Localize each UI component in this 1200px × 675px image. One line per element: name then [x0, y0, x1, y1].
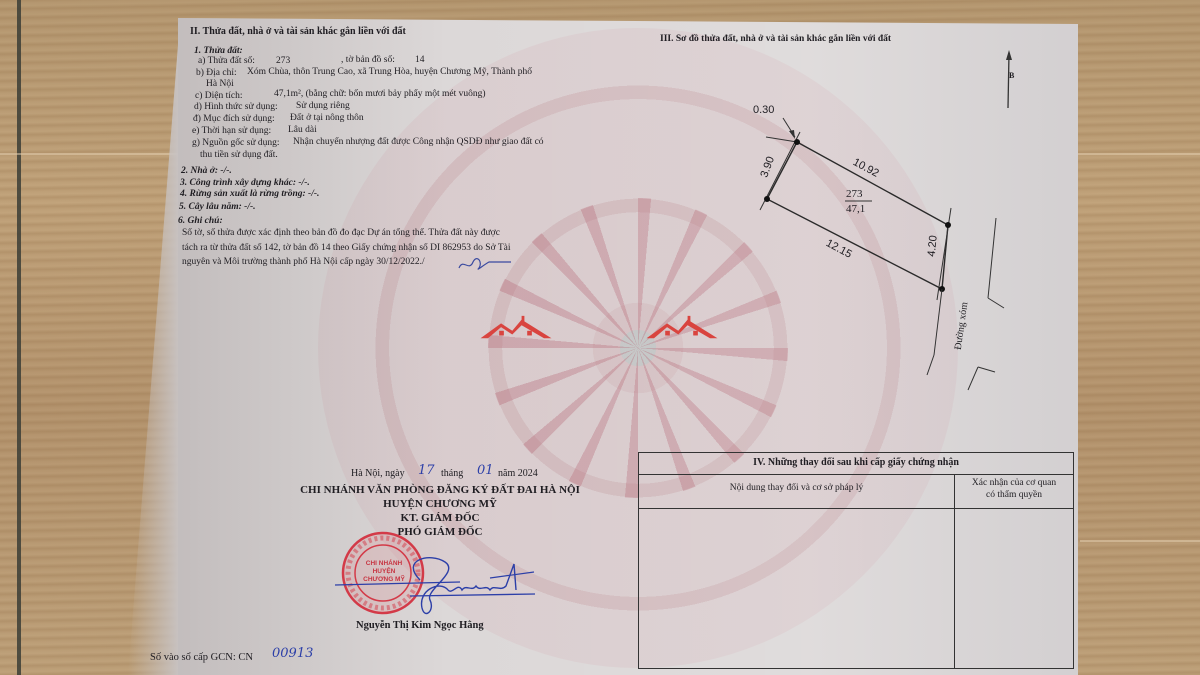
registry-label: Số vào sổ cấp GCN: CN — [150, 652, 253, 664]
changes-table: IV. Những thay đổi sau khi cấp giấy chứn… — [638, 452, 1074, 669]
col-change-content: Nội dung thay đổi và cơ sở pháp lý — [639, 482, 954, 494]
date-month: 01 — [477, 465, 494, 477]
dim-right: 4.20 — [926, 235, 940, 258]
date-day: 17 — [418, 465, 435, 477]
changes-table-header-row: Nội dung thay đổi và cơ sở pháp lý Xác n… — [639, 474, 1073, 509]
month-label: tháng — [441, 468, 463, 480]
dim-corner: 0.30 — [753, 104, 774, 116]
north-label: B — [1009, 70, 1014, 82]
section-4-title: IV. Những thay đổi sau khi cấp giấy chứn… — [639, 457, 1073, 469]
role-line-2: PHÓ GIÁM ĐỐC — [280, 526, 600, 538]
signer-name: Nguyễn Thị Kim Ngọc Hằng — [356, 620, 484, 632]
col-authority-confirmation: Xác nhận của cơ quan có thẩm quyền — [955, 477, 1073, 501]
year-label: năm 2024 — [498, 468, 538, 480]
org-line-2: HUYỆN CHƯƠNG MỸ — [280, 498, 600, 510]
table-column-divider — [954, 474, 955, 668]
parcel-area-label: 47,1 — [846, 203, 865, 215]
parcel-number-label: 273 — [846, 188, 863, 200]
registry-number: 00913 — [272, 648, 313, 660]
role-line-1: KT. GIÁM ĐỐC — [280, 512, 600, 524]
house-roof-logo-icon — [644, 314, 720, 342]
org-line-1: CHI NHÁNH VĂN PHÒNG ĐĂNG KÝ ĐẤT ĐAI HÀ N… — [280, 484, 600, 496]
changes-table-title-row: IV. Những thay đổi sau khi cấp giấy chứn… — [639, 453, 1073, 475]
handwritten-signature — [330, 550, 550, 620]
date-prefix: Hà Nội, ngày — [351, 468, 405, 480]
house-roof-logo-icon — [478, 314, 554, 342]
